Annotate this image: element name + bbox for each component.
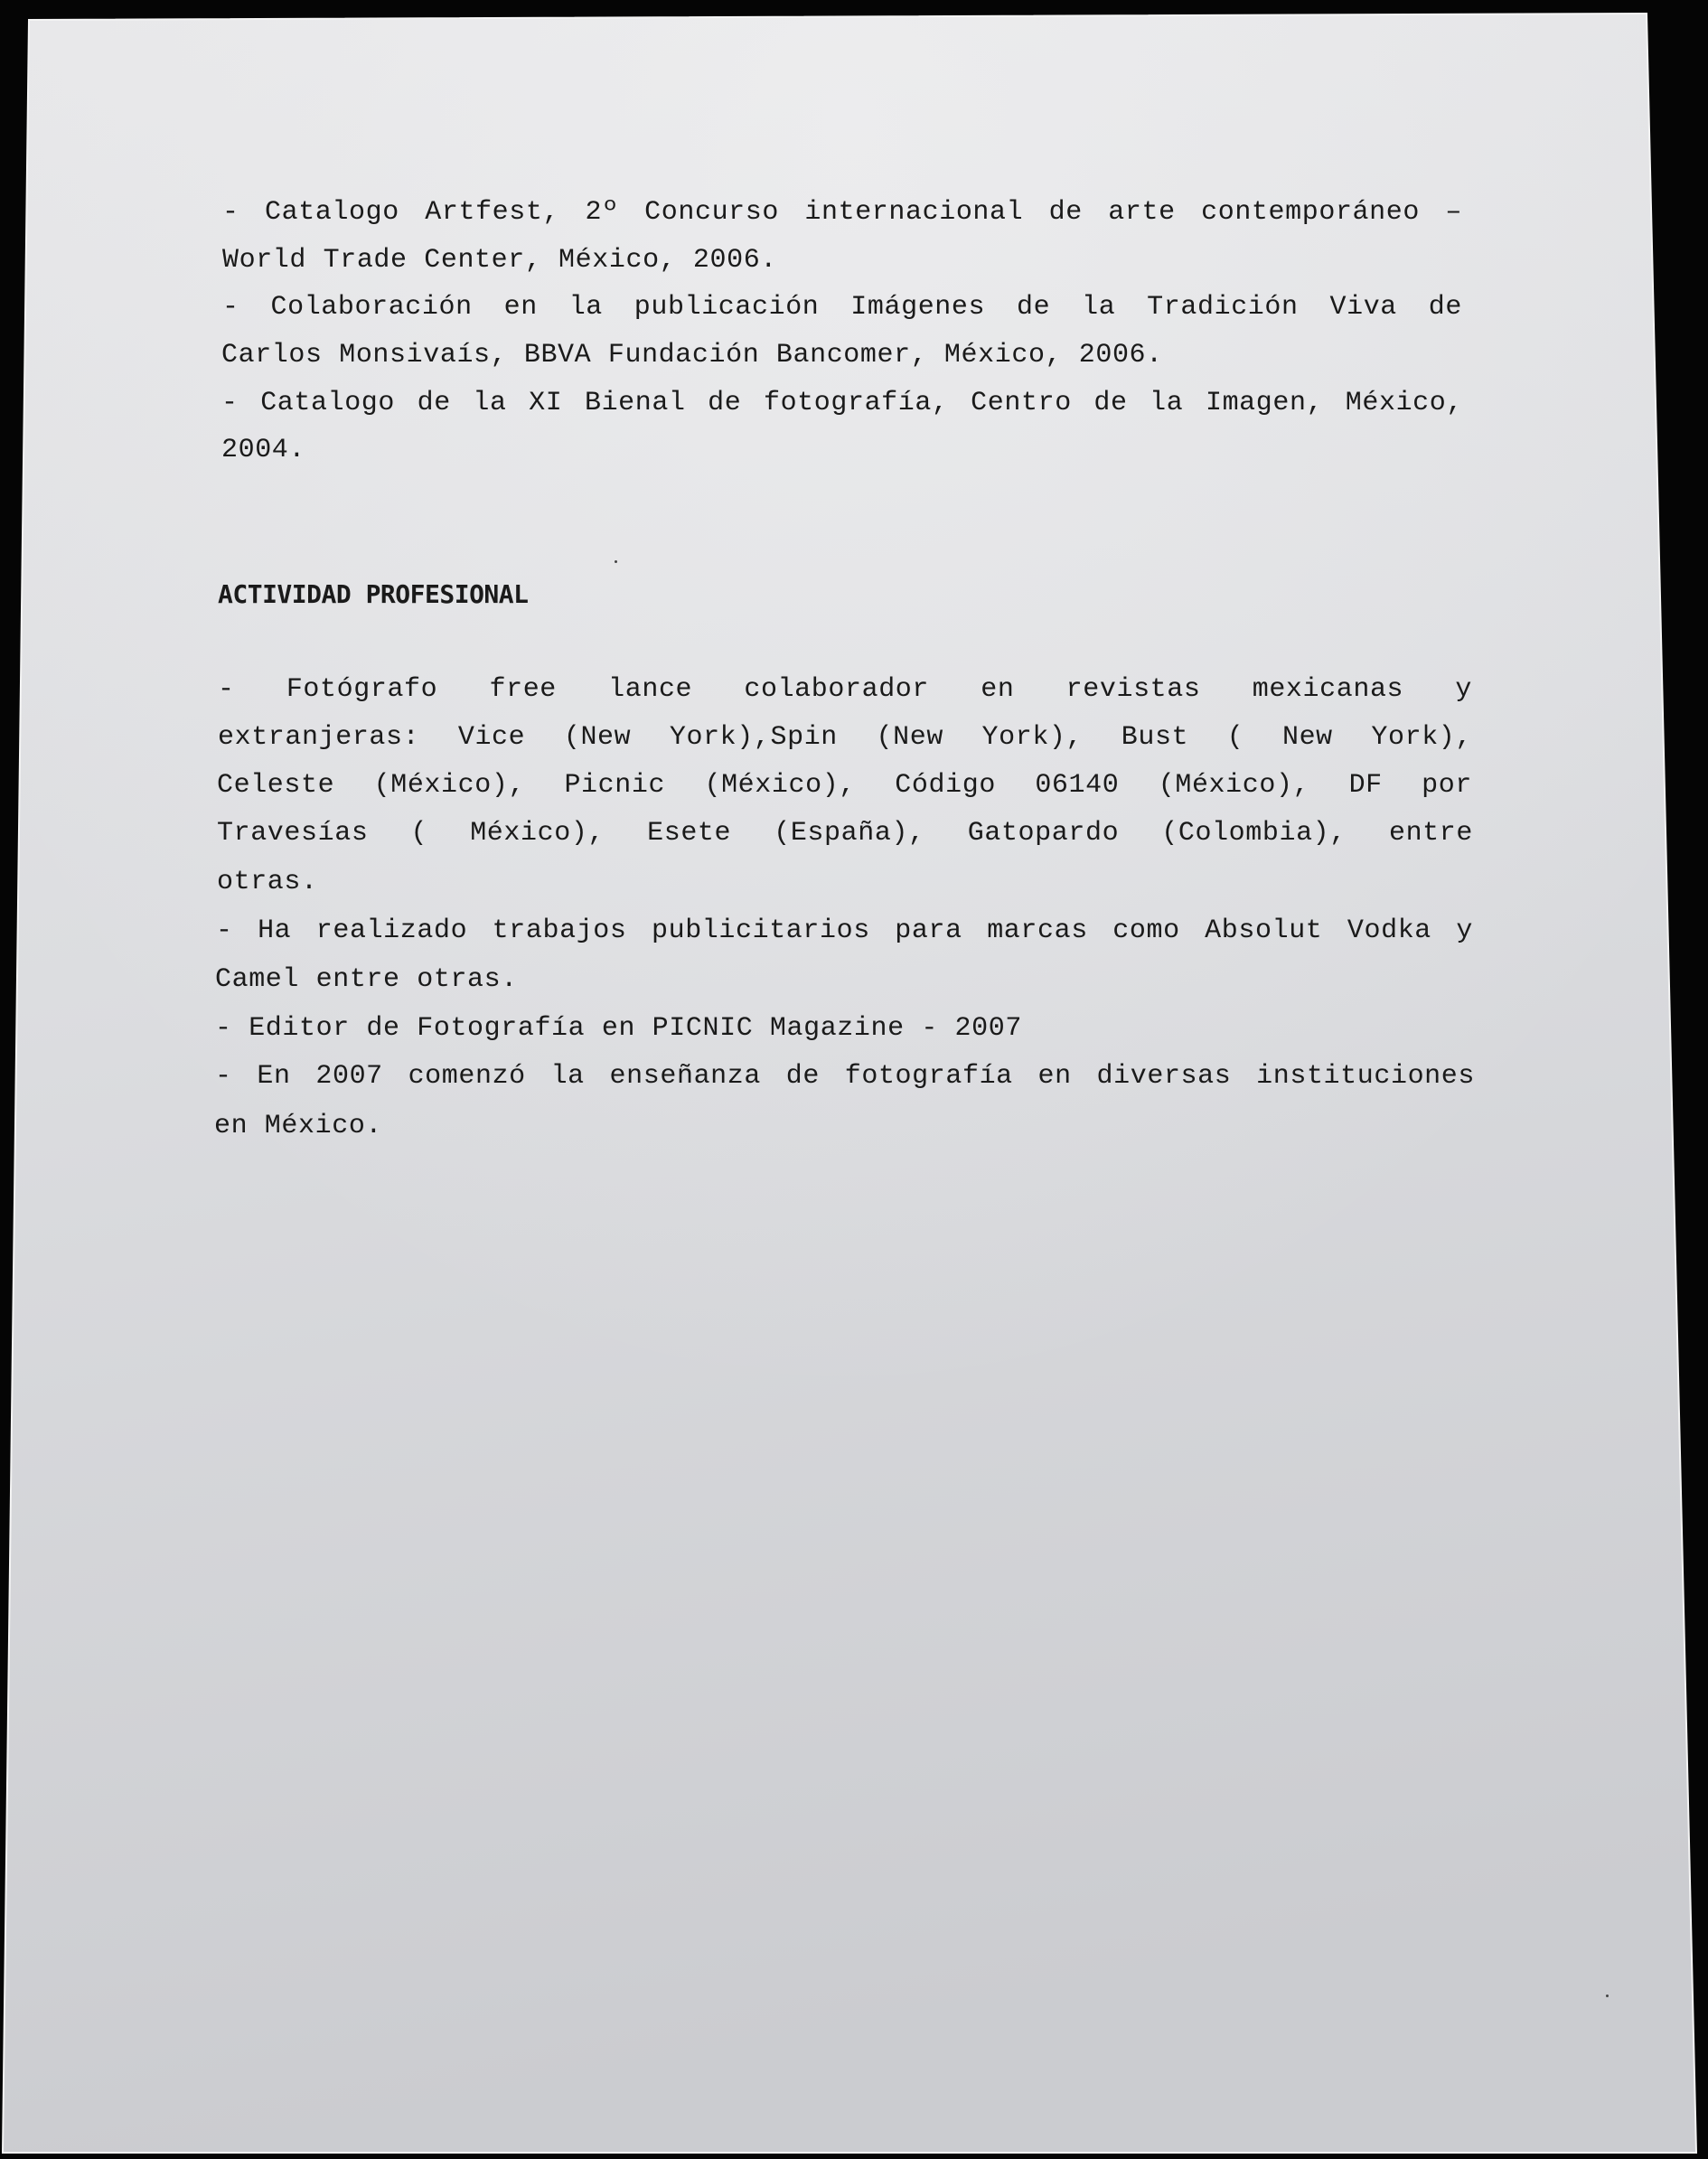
activity-item-1-line-1: - Fotógrafo free lance colaborador en re…: [218, 671, 1472, 708]
section-heading-actividad-profesional: ACTIVIDAD PROFESIONAL: [218, 577, 529, 613]
publication-item-2-line-2: Carlos Monsivaís, BBVA Fundación Bancome…: [221, 337, 1163, 373]
activity-item-1-line-5: otras.: [217, 864, 318, 900]
activity-item-4-line-2: en México.: [214, 1108, 382, 1144]
activity-item-4-line-1: - En 2007 comenzó la enseñanza de fotogr…: [215, 1058, 1475, 1094]
activity-item-1-line-3: Celeste (México), Picnic (México), Códig…: [217, 767, 1472, 803]
publication-item-2-line-1: - Colaboración en la publicación Imágene…: [222, 289, 1462, 325]
activity-item-1-line-2: extranjeras: Vice (New York),Spin (New Y…: [218, 719, 1472, 756]
activity-item-1-line-4: Travesías ( México), Esete (España), Gat…: [217, 815, 1473, 851]
publication-item-3-line-2: 2004.: [221, 432, 305, 468]
document-page: - Catalogo Artfest, 2º Concurso internac…: [0, 0, 1708, 2159]
activity-item-3-line-1: - Editor de Fotografía en PICNIC Magazin…: [215, 1010, 1022, 1047]
publication-item-1-line-1: - Catalogo Artfest, 2º Concurso internac…: [222, 194, 1462, 230]
paper-speck: [615, 560, 617, 563]
publication-item-1-line-2: World Trade Center, México, 2006.: [222, 242, 777, 278]
paper-speck: [1606, 1995, 1609, 1997]
activity-item-2-line-1: - Ha realizado trabajos publicitarios pa…: [216, 913, 1473, 949]
publication-item-3-line-1: - Catalogo de la XI Bienal de fotografía…: [221, 385, 1463, 421]
activity-item-2-line-2: Camel entre otras.: [215, 962, 518, 998]
